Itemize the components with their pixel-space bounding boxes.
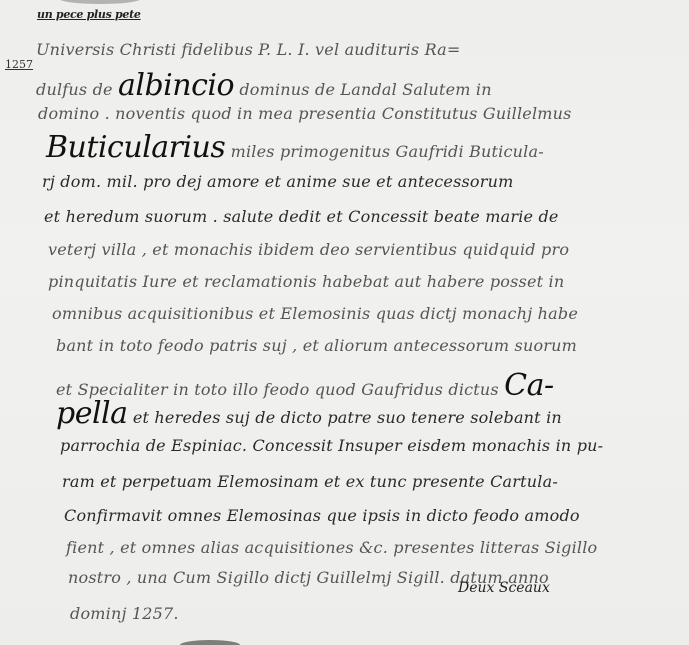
- text-line: dominj 1257.: [70, 604, 179, 623]
- line-text: et heredum suorum . salute dedit et Conc…: [44, 207, 559, 226]
- name-albincio: albincio: [118, 68, 234, 103]
- header-note: un pece plus pete: [37, 8, 141, 21]
- line-text: rj dom. mil. pro dej amore et anime sue …: [42, 172, 513, 191]
- text-line: bant in toto feodo patris suj , et alior…: [56, 336, 577, 355]
- line-text: parrochia de Espiniac. Concessit Insuper…: [60, 436, 603, 455]
- line-text: dulfus de: [36, 80, 118, 99]
- text-line: parrochia de Espiniac. Concessit Insuper…: [60, 436, 603, 455]
- text-line: dulfus de albincio dominus de Landal Sal…: [36, 68, 492, 103]
- text-line: pella et heredes suj de dicto patre suo …: [56, 396, 562, 431]
- line-text: veterj villa , et monachis ibidem deo se…: [48, 240, 569, 259]
- line-text: Universis Christi fidelibus P. L. I. vel…: [36, 40, 461, 59]
- line-text: pinquitatis Iure et reclamationis habeba…: [48, 272, 564, 291]
- seal-note: Deux Sceaux: [458, 580, 550, 596]
- name-buticularius: Buticularius: [46, 130, 225, 165]
- line-text: Confirmavit omnes Elemosinas que ipsis i…: [64, 506, 580, 525]
- line-text: et heredes suj de dicto patre suo tenere…: [128, 408, 562, 427]
- text-line: omnibus acquisitionibus et Elemosinis qu…: [52, 304, 578, 323]
- margin-date: 1257: [5, 58, 33, 71]
- page-edge-shadow: [180, 640, 240, 645]
- line-text: domino . noventis quod in mea presentia …: [38, 104, 572, 123]
- line-text: dominus de Landal Salutem in: [234, 80, 492, 99]
- text-line: domino . noventis quod in mea presentia …: [38, 104, 572, 123]
- text-line: Universis Christi fidelibus P. L. I. vel…: [36, 40, 461, 59]
- text-line: ram et perpetuam Elemosinam et ex tunc p…: [62, 472, 558, 491]
- text-line: pinquitatis Iure et reclamationis habeba…: [48, 272, 564, 291]
- line-text: ram et perpetuam Elemosinam et ex tunc p…: [62, 472, 558, 491]
- text-line: Buticularius miles primogenitus Gaufridi…: [46, 130, 544, 165]
- text-line: veterj villa , et monachis ibidem deo se…: [48, 240, 569, 259]
- line-text: miles primogenitus Gaufridi Buticula-: [225, 142, 544, 161]
- page-edge-shadow: [60, 0, 140, 4]
- text-line: fient , et omnes alias acquisitiones &c.…: [66, 538, 597, 557]
- line-text: bant in toto feodo patris suj , et alior…: [56, 336, 577, 355]
- manuscript-page: un pece plus pete 1257 Universis Christi…: [0, 0, 689, 645]
- text-line: et heredum suorum . salute dedit et Conc…: [44, 207, 559, 226]
- line-text: fient , et omnes alias acquisitiones &c.…: [66, 538, 597, 557]
- name-capella-end: pella: [56, 396, 128, 431]
- line-text: omnibus acquisitionibus et Elemosinis qu…: [52, 304, 578, 323]
- text-line: Confirmavit omnes Elemosinas que ipsis i…: [64, 506, 580, 525]
- line-text: dominj 1257.: [70, 604, 179, 623]
- text-line: rj dom. mil. pro dej amore et anime sue …: [42, 172, 513, 191]
